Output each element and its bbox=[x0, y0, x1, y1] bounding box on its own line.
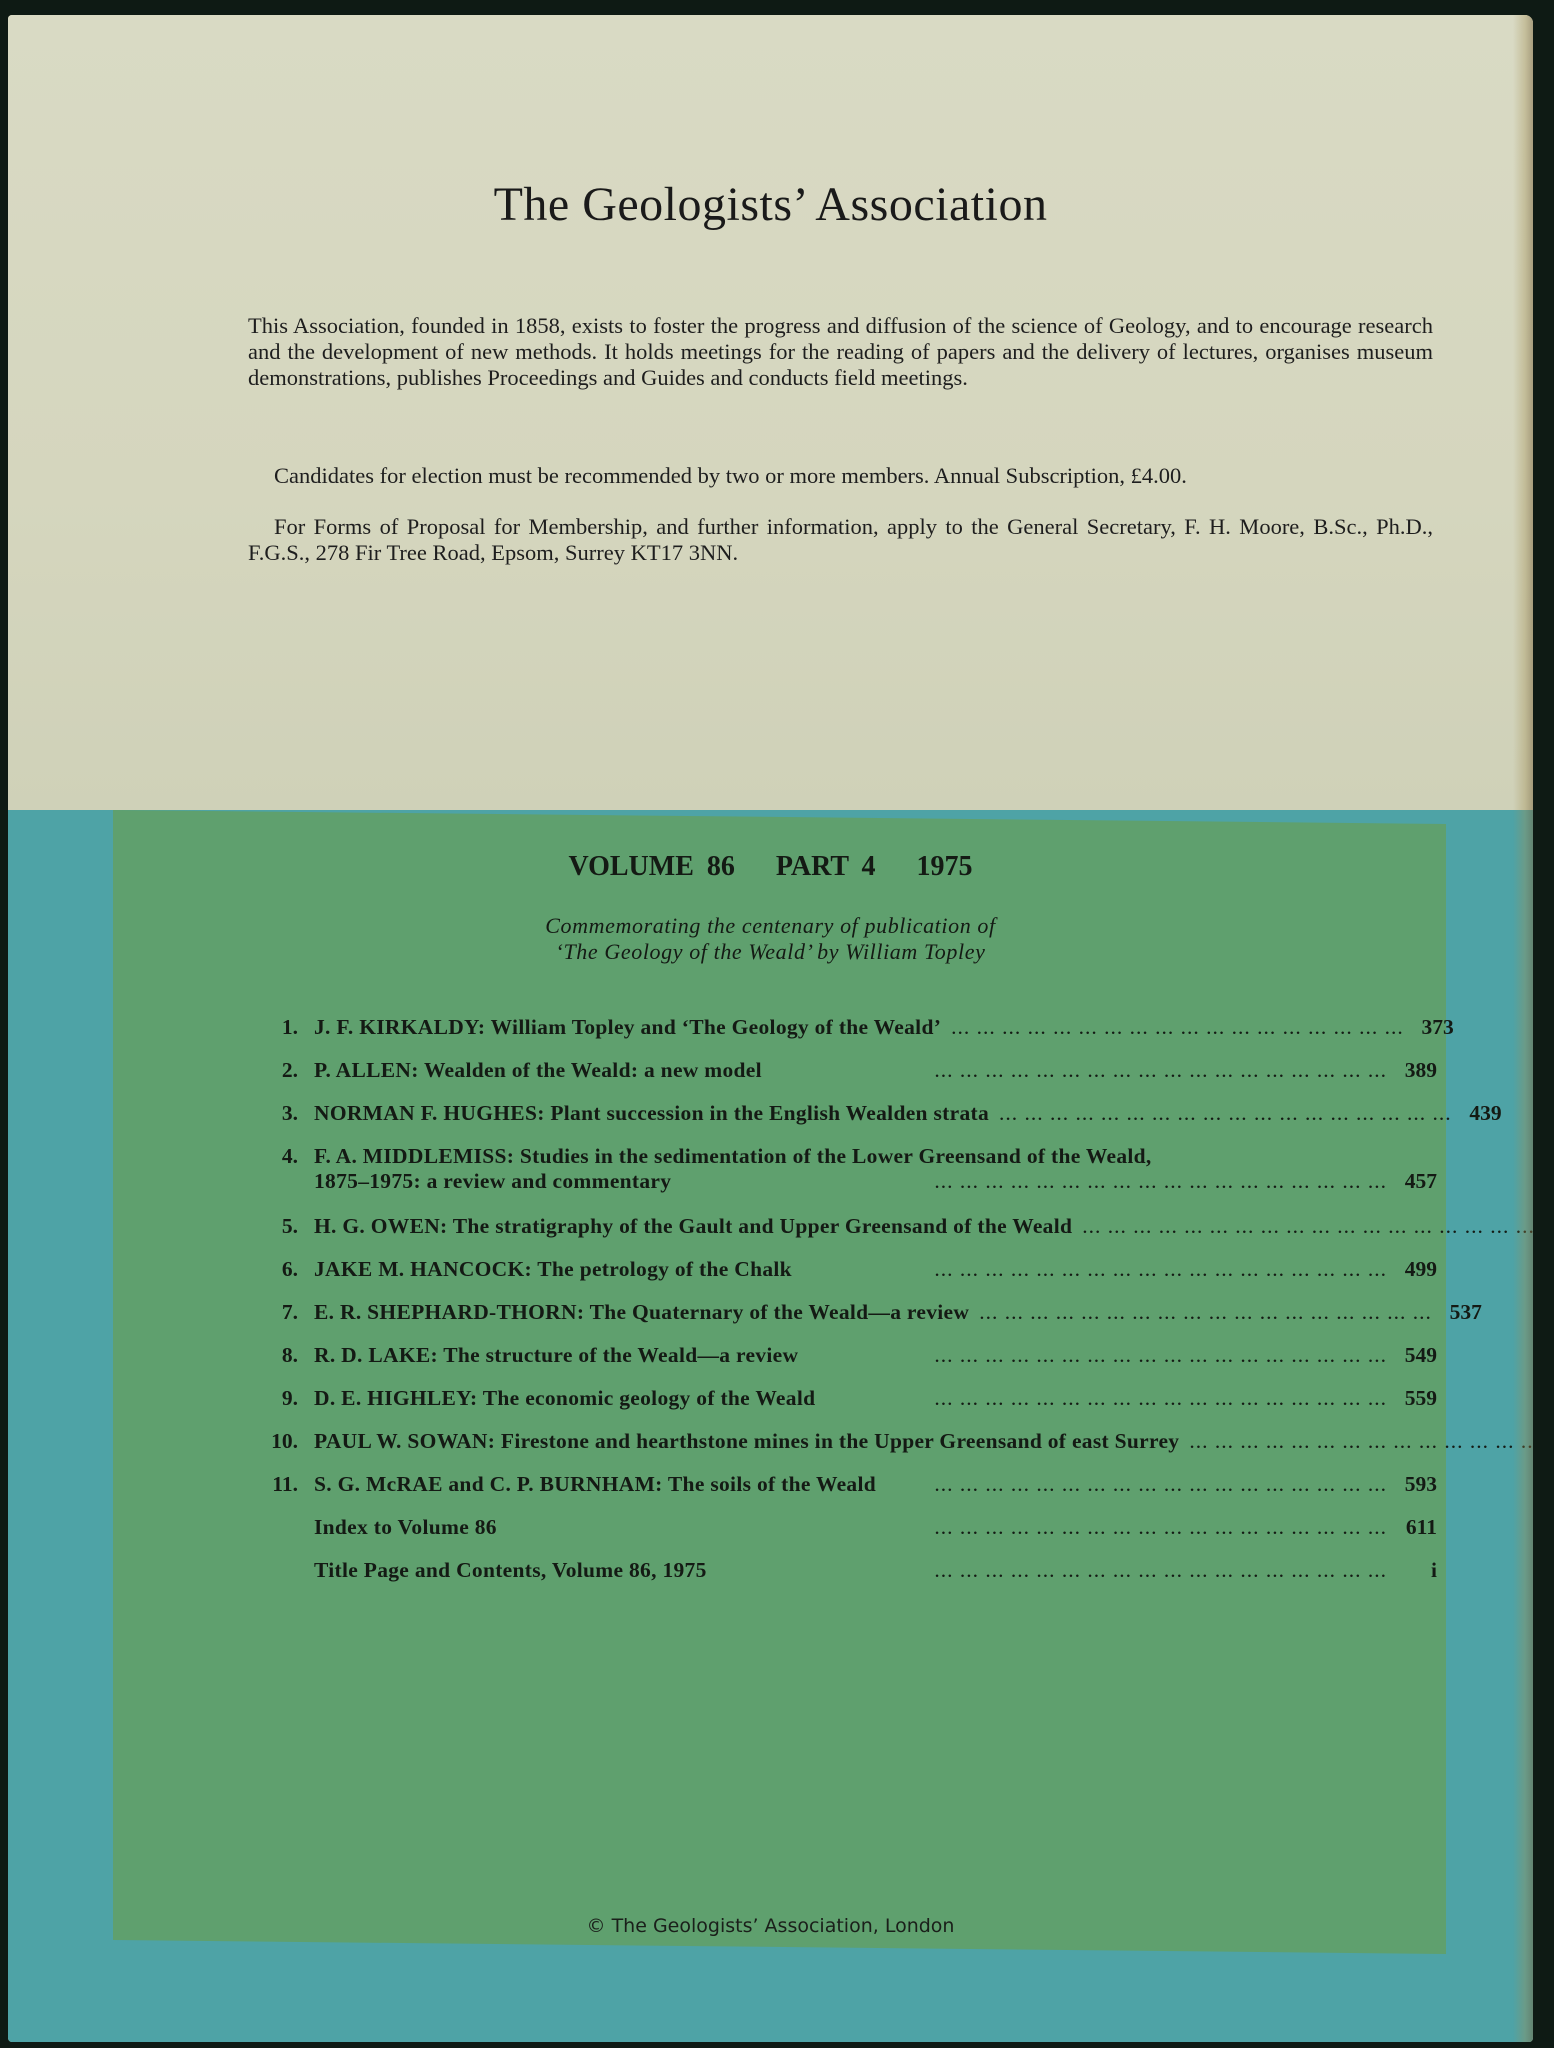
dot-leader: ... ... ... ... ... ... ... ... ... ... … bbox=[762, 1058, 1397, 1083]
toc-entry-line: Title Page and Contents, Volume 86, 1975… bbox=[314, 1558, 1437, 1583]
toc-entry-line: E. R. SHEPHARD-THORN: The Quaternary of … bbox=[314, 1300, 1482, 1325]
toc-entry-body: NORMAN F. HUGHES: Plant succession in th… bbox=[314, 1089, 1502, 1132]
commemoration-line-2: ‘The Geology of the Weald’ by William To… bbox=[8, 939, 1533, 965]
dot-leader: ... ... ... ... ... ... ... ... ... ... … bbox=[969, 1300, 1442, 1325]
toc-entry-number bbox=[252, 1546, 314, 1558]
toc-entry-page: 593 bbox=[1397, 1472, 1437, 1497]
toc-entry: 3.NORMAN F. HUGHES: Plant succession in … bbox=[252, 1089, 1437, 1132]
toc-entry-body: S. G. McRAE and C. P. BURNHAM: The soils… bbox=[314, 1460, 1437, 1503]
toc-entry-number: 1. bbox=[252, 1003, 314, 1040]
toc-entry-number: 4. bbox=[252, 1132, 314, 1169]
toc-entry-page: 439 bbox=[1462, 1101, 1502, 1126]
dot-leader: ... ... ... ... ... ... ... ... ... ... … bbox=[798, 1343, 1397, 1368]
toc-entry-number bbox=[252, 1503, 314, 1515]
dot-leader: ... ... ... ... ... ... ... ... ... ... … bbox=[989, 1101, 1462, 1126]
toc-entry: 9.D. E. HIGHLEY: The economic geology of… bbox=[252, 1374, 1437, 1417]
toc-entry: 8.R. D. LAKE: The structure of the Weald… bbox=[252, 1331, 1437, 1374]
toc-entry-number: 5. bbox=[252, 1202, 314, 1239]
toc-entry-number: 9. bbox=[252, 1374, 314, 1411]
toc-entry-body: D. E. HIGHLEY: The economic geology of t… bbox=[314, 1374, 1437, 1417]
toc-entry-number: 8. bbox=[252, 1331, 314, 1368]
toc-entry-title: R. D. LAKE: The structure of the Weald—a… bbox=[314, 1343, 798, 1368]
dot-leader: ... ... ... ... ... ... ... ... ... ... … bbox=[1179, 1429, 1533, 1454]
toc-entry-line: J. F. KIRKALDY: William Topley and ‘The … bbox=[314, 1015, 1454, 1040]
toc-entry-page: 611 bbox=[1397, 1515, 1437, 1540]
toc-entry-page: 559 bbox=[1397, 1386, 1437, 1411]
membership-contact: For Forms of Proposal for Membership, an… bbox=[248, 514, 1433, 566]
toc-entry-line: JAKE M. HANCOCK: The petrology of the Ch… bbox=[314, 1257, 1437, 1282]
dot-leader: ... ... ... ... ... ... ... ... ... ... … bbox=[671, 1169, 1397, 1194]
toc-entry: 1.J. F. KIRKALDY: William Topley and ‘Th… bbox=[252, 1003, 1437, 1046]
toc-entry-number: 11. bbox=[252, 1460, 314, 1497]
toc-entry-body: Title Page and Contents, Volume 86, 1975… bbox=[314, 1546, 1437, 1589]
toc-entry-line: R. D. LAKE: The structure of the Weald—a… bbox=[314, 1343, 1437, 1368]
toc-entry-number: 6. bbox=[252, 1245, 314, 1282]
association-description: This Association, founded in 1858, exist… bbox=[248, 313, 1433, 391]
toc-entry-title: Index to Volume 86 bbox=[314, 1515, 497, 1540]
toc-entry-body: PAUL W. SOWAN: Firestone and hearthstone… bbox=[314, 1417, 1533, 1460]
toc-entry-number: 2. bbox=[252, 1046, 314, 1083]
toc-entry-line: NORMAN F. HUGHES: Plant succession in th… bbox=[314, 1101, 1502, 1126]
toc-entry-title: F. A. MIDDLEMISS: Studies in the sedimen… bbox=[314, 1144, 1152, 1169]
toc-entry-body: P. ALLEN: Wealden of the Weald: a new mo… bbox=[314, 1046, 1437, 1089]
toc-entry-page: 499 bbox=[1397, 1257, 1437, 1282]
toc-entry-title: JAKE M. HANCOCK: The petrology of the Ch… bbox=[314, 1257, 792, 1282]
toc-entry-line: 1875–1975: a review and commentary... ..… bbox=[314, 1169, 1437, 1194]
issue-year: 1975 bbox=[917, 851, 973, 882]
toc-entry-body: Index to Volume 86... ... ... ... ... ..… bbox=[314, 1503, 1437, 1546]
commemoration-note: Commemorating the centenary of publicati… bbox=[8, 913, 1533, 965]
toc-entry-title: 1875–1975: a review and commentary bbox=[314, 1169, 671, 1194]
dot-leader: ... ... ... ... ... ... ... ... ... ... … bbox=[815, 1386, 1397, 1411]
toc-entry-title: S. G. McRAE and C. P. BURNHAM: The soils… bbox=[314, 1472, 876, 1497]
toc-entry-line: H. G. OWEN: The stratigraphy of the Gaul… bbox=[314, 1214, 1533, 1239]
toc-entry: 2.P. ALLEN: Wealden of the Weald: a new … bbox=[252, 1046, 1437, 1089]
toc-entry-page: 537 bbox=[1442, 1300, 1482, 1325]
toc-entry-number: 10. bbox=[252, 1417, 314, 1454]
table-of-contents: 1.J. F. KIRKALDY: William Topley and ‘Th… bbox=[252, 1003, 1437, 1589]
toc-entry-body: F. A. MIDDLEMISS: Studies in the sedimen… bbox=[314, 1132, 1437, 1202]
journal-back-cover: The Geologists’ Association This Associa… bbox=[8, 15, 1533, 2042]
toc-entry-number: 7. bbox=[252, 1288, 314, 1325]
toc-entry: 11.S. G. McRAE and C. P. BURNHAM: The so… bbox=[252, 1460, 1437, 1503]
toc-entry-line: Index to Volume 86... ... ... ... ... ..… bbox=[314, 1515, 1437, 1540]
association-info-panel: The Geologists’ Association This Associa… bbox=[8, 15, 1533, 810]
worn-page-edge bbox=[1513, 15, 1533, 2042]
volume-number: VOLUME 86 bbox=[568, 851, 734, 882]
dot-leader: ... ... ... ... ... ... ... ... ... ... … bbox=[792, 1257, 1397, 1282]
toc-entry-line: D. E. HIGHLEY: The economic geology of t… bbox=[314, 1386, 1437, 1411]
toc-entry-title: Title Page and Contents, Volume 86, 1975 bbox=[314, 1558, 707, 1583]
toc-entry: 7.E. R. SHEPHARD-THORN: The Quaternary o… bbox=[252, 1288, 1437, 1331]
toc-entry-line: S. G. McRAE and C. P. BURNHAM: The soils… bbox=[314, 1472, 1437, 1497]
toc-entry-line: PAUL W. SOWAN: Firestone and hearthstone… bbox=[314, 1429, 1533, 1454]
membership-requirements: Candidates for election must be recommen… bbox=[248, 463, 1433, 489]
dot-leader: ... ... ... ... ... ... ... ... ... ... … bbox=[941, 1015, 1414, 1040]
toc-entry-title: PAUL W. SOWAN: Firestone and hearthstone… bbox=[314, 1429, 1179, 1454]
toc-entry: Index to Volume 86... ... ... ... ... ..… bbox=[252, 1503, 1437, 1546]
toc-entry: 6.JAKE M. HANCOCK: The petrology of the … bbox=[252, 1245, 1437, 1288]
toc-entry-page: 549 bbox=[1397, 1343, 1437, 1368]
toc-entry-body: J. F. KIRKALDY: William Topley and ‘The … bbox=[314, 1003, 1454, 1046]
toc-entry-body: JAKE M. HANCOCK: The petrology of the Ch… bbox=[314, 1245, 1437, 1288]
toc-entry-title: NORMAN F. HUGHES: Plant succession in th… bbox=[314, 1101, 989, 1126]
toc-entry-line: P. ALLEN: Wealden of the Weald: a new mo… bbox=[314, 1058, 1437, 1083]
commemoration-line-1: Commemorating the centenary of publicati… bbox=[8, 913, 1533, 939]
toc-entry-body: H. G. OWEN: The stratigraphy of the Gaul… bbox=[314, 1202, 1533, 1245]
toc-entry-title: P. ALLEN: Wealden of the Weald: a new mo… bbox=[314, 1058, 762, 1083]
toc-entry-body: E. R. SHEPHARD-THORN: The Quaternary of … bbox=[314, 1288, 1482, 1331]
toc-entry-title: D. E. HIGHLEY: The economic geology of t… bbox=[314, 1386, 815, 1411]
toc-entry-page: 373 bbox=[1414, 1015, 1454, 1040]
part-number: PART 4 bbox=[776, 851, 876, 882]
toc-entry: 5.H. G. OWEN: The stratigraphy of the Ga… bbox=[252, 1202, 1437, 1245]
dot-leader: ... ... ... ... ... ... ... ... ... ... … bbox=[707, 1558, 1397, 1583]
toc-entry-body: R. D. LAKE: The structure of the Weald—a… bbox=[314, 1331, 1437, 1374]
association-title: The Geologists’ Association bbox=[8, 177, 1533, 232]
dot-leader: ... ... ... ... ... ... ... ... ... ... … bbox=[1072, 1214, 1533, 1239]
toc-entry-page: 457 bbox=[1397, 1169, 1437, 1194]
dot-leader: ... ... ... ... ... ... ... ... ... ... … bbox=[876, 1472, 1397, 1497]
toc-entry-title: J. F. KIRKALDY: William Topley and ‘The … bbox=[314, 1015, 941, 1040]
toc-entry-number: 3. bbox=[252, 1089, 314, 1126]
toc-entry-title: H. G. OWEN: The stratigraphy of the Gaul… bbox=[314, 1214, 1072, 1239]
toc-entry: Title Page and Contents, Volume 86, 1975… bbox=[252, 1546, 1437, 1589]
toc-entry: 4.F. A. MIDDLEMISS: Studies in the sedim… bbox=[252, 1132, 1437, 1202]
dot-leader: ... ... ... ... ... ... ... ... ... ... … bbox=[497, 1515, 1397, 1540]
toc-entry-line: F. A. MIDDLEMISS: Studies in the sedimen… bbox=[314, 1144, 1437, 1169]
toc-entry-page: i bbox=[1397, 1558, 1437, 1583]
copyright-notice: © The Geologists’ Association, London bbox=[8, 1915, 1533, 1937]
toc-entry-page: 389 bbox=[1397, 1058, 1437, 1083]
toc-entry: 10.PAUL W. SOWAN: Firestone and hearthst… bbox=[252, 1417, 1437, 1460]
issue-heading: VOLUME 86 PART 4 1975 bbox=[8, 851, 1533, 883]
toc-entry-title: E. R. SHEPHARD-THORN: The Quaternary of … bbox=[314, 1300, 969, 1325]
